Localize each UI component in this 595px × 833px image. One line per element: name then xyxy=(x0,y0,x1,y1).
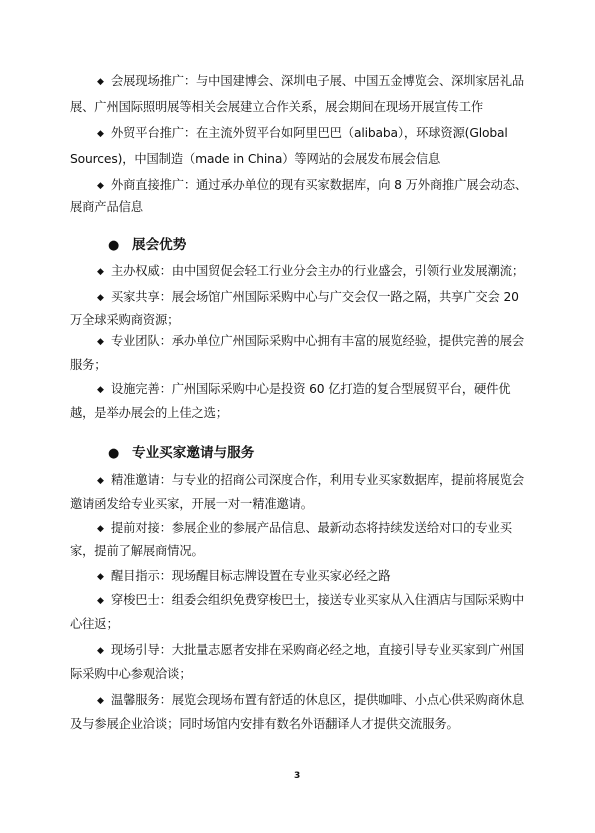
section-heading-buyers: ●专业买家邀请与服务 xyxy=(108,444,254,463)
diamond-bullet-icon: ◆ xyxy=(97,126,111,142)
promotion-item-line: ◆外贸平台推广：在主流外贸平台如阿里巴巴（alibaba），环球资源(Globa… xyxy=(97,125,508,142)
page-number: 3 xyxy=(294,771,300,781)
diamond-bullet-icon: ◆ xyxy=(97,693,111,709)
advantage-item-line: ◆专业团队：承办单位广州国际采购中心拥有丰富的展览经验，提供完善的展会 xyxy=(97,333,524,350)
promotion-item-line: 展、广州国际照明展等相关会展建立合作关系，展会期间在现场开展宣传工作 xyxy=(70,99,483,115)
buyer-service-item-line: ◆精准邀请：与专业的招商公司深度合作，利用专业买家数据库，提前将展览会 xyxy=(97,472,524,489)
round-bullet-icon: ● xyxy=(108,445,132,463)
advantage-item-line: 万全球采购商资源； xyxy=(70,312,179,328)
diamond-bullet-icon: ◆ xyxy=(97,521,111,537)
promotion-item-line: ◆外商直接推广：通过承办单位的现有买家数据库，向 8 万外商推广展会动态、 xyxy=(97,177,527,194)
advantage-item-line: ◆设施完善：广州国际采购中心是投资 60 亿打造的复合型展贸平台，硬件优 xyxy=(97,381,510,398)
round-bullet-icon: ● xyxy=(108,237,132,255)
buyer-service-item-line: ◆现场引导：大批量志愿者安排在采购商必经之地，直接引导专业买家到广州国 xyxy=(97,642,524,659)
diamond-bullet-icon: ◆ xyxy=(97,178,111,194)
diamond-bullet-icon: ◆ xyxy=(97,382,111,398)
diamond-bullet-icon: ◆ xyxy=(97,593,111,609)
buyer-service-item-line: 及与参展企业洽谈；同时场馆内安排有数名外语翻译人才提供交流服务。 xyxy=(70,716,459,732)
buyer-service-item-line: ◆穿梭巴士：组委会组织免费穿梭巴士，接送专业买家从入住酒店与国际采购中 xyxy=(97,592,524,609)
buyer-service-item-line: 际采购中心参观洽谈； xyxy=(70,666,191,682)
promotion-item-line: ◆会展现场推广：与中国建博会、深圳电子展、中国五金博览会、深圳家居礼品 xyxy=(97,73,524,90)
buyer-service-item-line: 家，提前了解展商情况。 xyxy=(70,543,204,559)
advantage-item-line: ◆主办权威：由中国贸促会轻工行业分会主办的行业盛会，引领行业发展潮流； xyxy=(97,263,524,280)
diamond-bullet-icon: ◆ xyxy=(97,643,111,659)
diamond-bullet-icon: ◆ xyxy=(97,74,111,90)
buyer-service-item-line: ◆温馨服务：展览会现场布置有舒适的休息区，提供咖啡、小点心供采购商休息 xyxy=(97,692,524,709)
diamond-bullet-icon: ◆ xyxy=(97,264,111,280)
diamond-bullet-icon: ◆ xyxy=(97,473,111,489)
section-heading-advantages: ●展会优势 xyxy=(108,236,186,255)
diamond-bullet-icon: ◆ xyxy=(97,290,111,306)
buyer-service-item-line: ◆提前对接：参展企业的参展产品信息、最新动态将持续发送给对口的专业买 xyxy=(97,520,512,537)
buyer-service-item-line: ◆醒目指示：现场醒目标志牌设置在专业买家必经之路 xyxy=(97,568,390,585)
advantage-item-line: 服务； xyxy=(70,357,106,373)
promotion-item-line: Sources)，中国制造（made in China）等网站的会展发布展会信息 xyxy=(70,151,440,167)
promotion-item-line: 展商产品信息 xyxy=(70,199,143,215)
buyer-service-item-line: 邀请函发给专业买家，开展一对一精准邀请。 xyxy=(70,496,313,512)
advantage-item-line: ◆买家共享：展会场馆广州国际采购中心与广交会仅一路之隔，共享广交会 20 xyxy=(97,289,519,306)
diamond-bullet-icon: ◆ xyxy=(97,334,111,350)
advantage-item-line: 越，是举办展会的上佳之选； xyxy=(70,405,228,421)
buyer-service-item-line: 心往返； xyxy=(70,616,119,632)
diamond-bullet-icon: ◆ xyxy=(97,569,111,585)
